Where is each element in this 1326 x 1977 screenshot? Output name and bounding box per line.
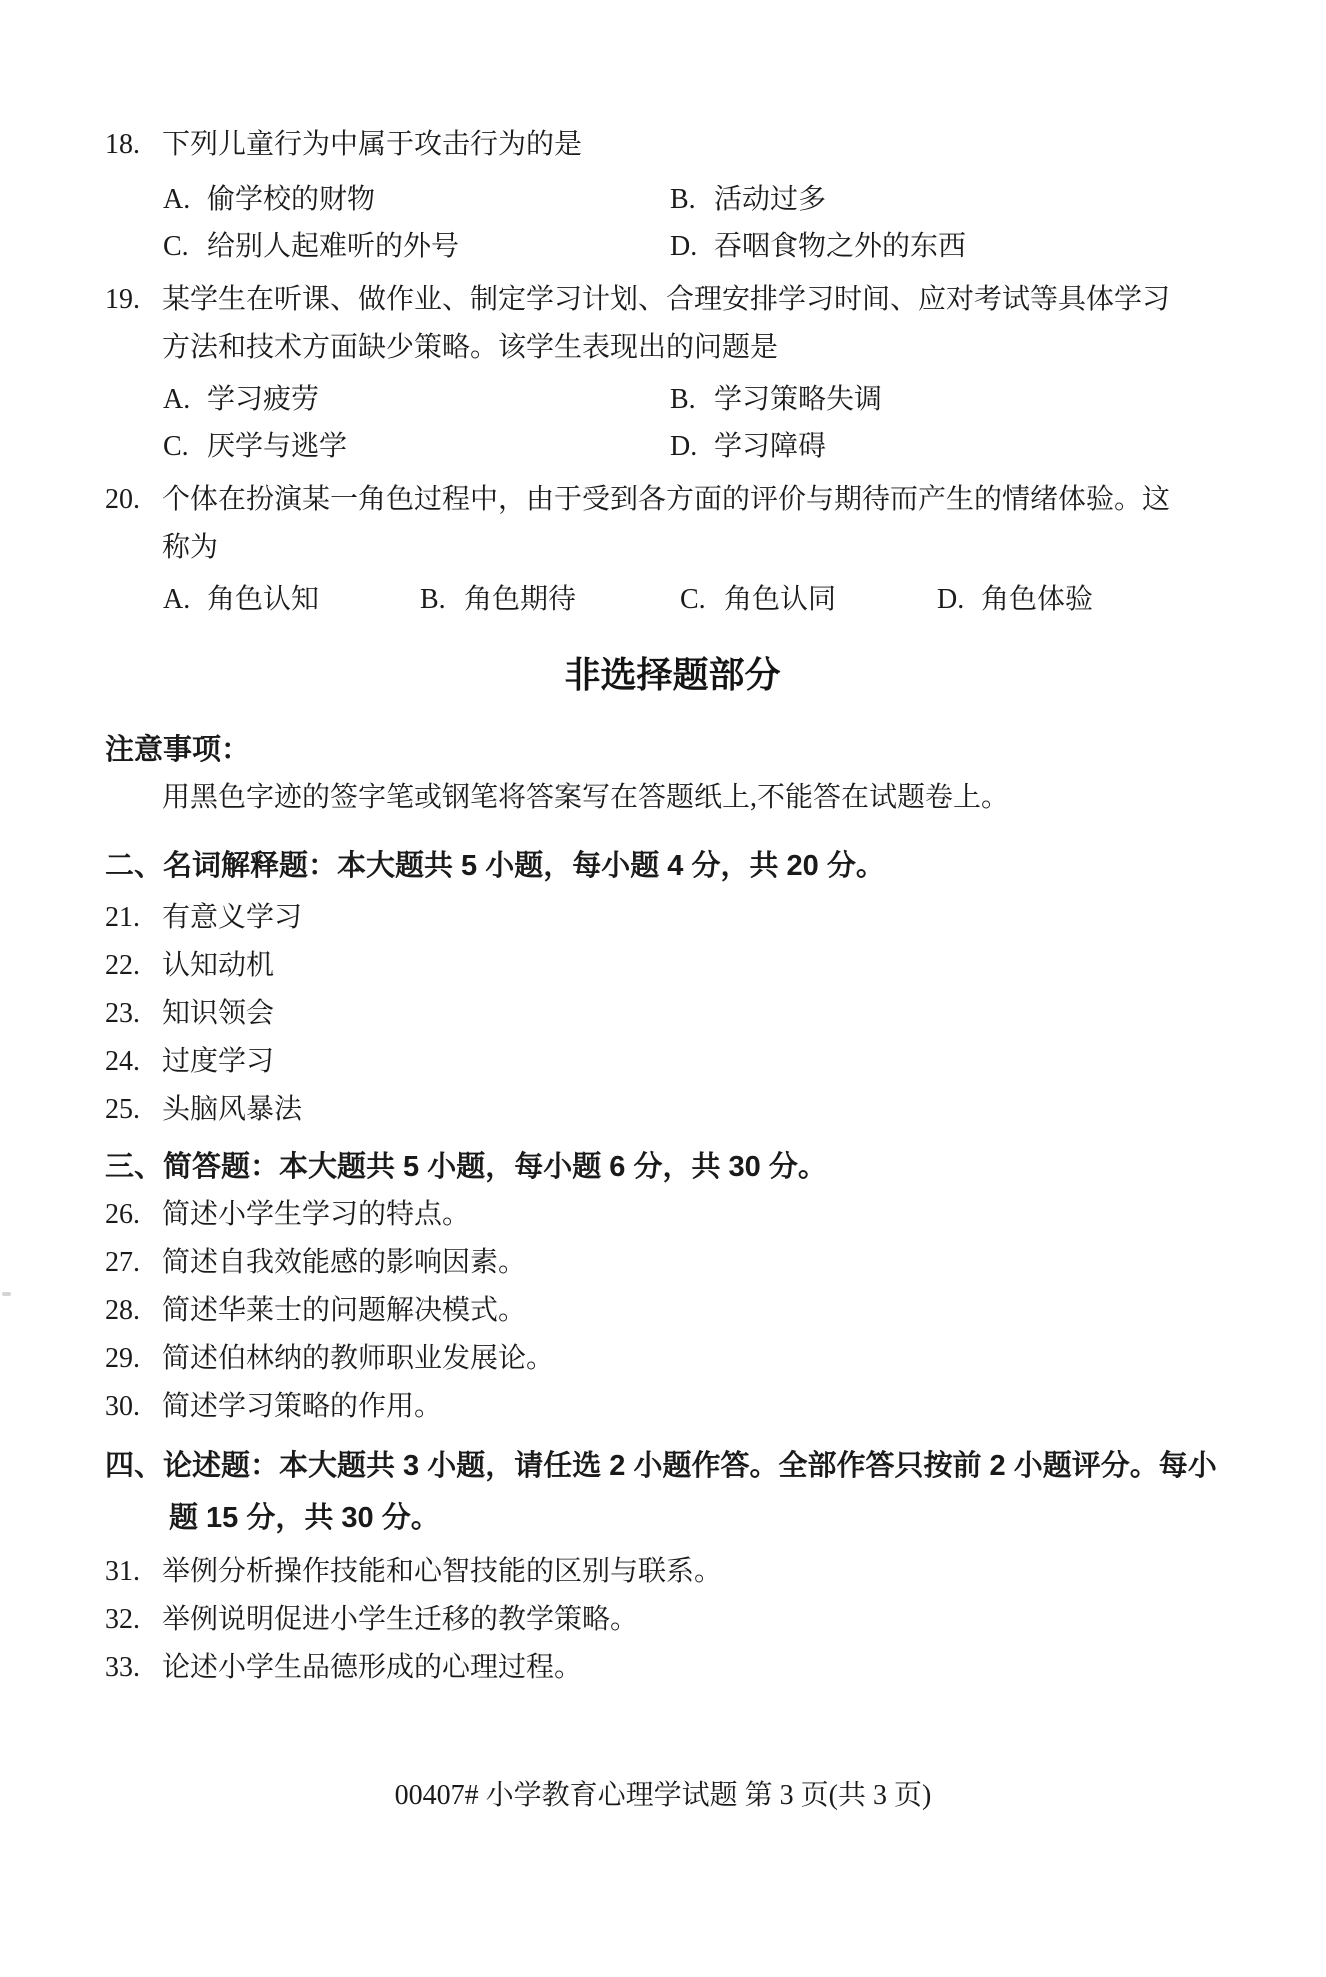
page-content: 18. 下列儿童行为中属于攻击行为的是 A. 偷学校的财物 B. 活动过多 (105, 0, 1240, 1692)
item-number: 29. (105, 1335, 162, 1383)
option-text: 吞咽食物之外的东西 (714, 223, 966, 270)
option-c: C. 角色认同 (680, 576, 937, 624)
option-letter: D. (670, 423, 714, 470)
option-b: B. 学习策略失调 (670, 376, 1240, 423)
option-letter: A. (163, 576, 207, 624)
item-28: 28. 简述华莱士的问题解决模式。 (105, 1287, 1240, 1335)
item-number: 25. (105, 1086, 162, 1134)
option-letter: C. (680, 576, 724, 624)
option-letter: A. (163, 376, 207, 423)
item-22: 22. 认知动机 (105, 942, 1240, 990)
question-stem: 个体在扮演某一角色过程中，由于受到各方面的评价与期待而产生的情绪体验。这称为 (162, 476, 1192, 572)
option-a: A. 学习疲劳 (163, 376, 670, 423)
option-text: 厌学与逃学 (207, 423, 347, 470)
option-text: 学习策略失调 (714, 376, 882, 423)
item-text: 简述小学生学习的特点。 (162, 1191, 1240, 1239)
question-number: 19. (105, 276, 162, 372)
item-26: 26. 简述小学生学习的特点。 (105, 1191, 1240, 1239)
section-2-heading: 二、名词解释题：本大题共 5 小题，每小题 4 分，共 20 分。 (105, 842, 1240, 890)
option-letter: A. (163, 176, 207, 223)
question-number: 18. (105, 121, 162, 169)
option-a: A. 偷学校的财物 (163, 176, 670, 223)
section-3-heading: 三、简答题：本大题共 5 小题，每小题 6 分，共 30 分。 (105, 1143, 1240, 1191)
option-b: B. 活动过多 (670, 176, 1240, 223)
item-text: 举例说明促进小学生迁移的教学策略。 (162, 1596, 1240, 1644)
options-grid: A. 学习疲劳 B. 学习策略失调 C. 厌学与逃学 D. 学习 (163, 376, 1240, 470)
question-20: 20. 个体在扮演某一角色过程中，由于受到各方面的评价与期待而产生的情绪体验。这… (105, 476, 1240, 624)
item-number: 33. (105, 1644, 162, 1692)
options-row: C. 厌学与逃学 D. 学习障碍 (163, 423, 1240, 470)
option-d: D. 吞咽食物之外的东西 (670, 223, 1240, 270)
option-letter: D. (670, 223, 714, 270)
option-d: D. 学习障碍 (670, 423, 1240, 470)
item-text: 论述小学生品德形成的心理过程。 (162, 1644, 1240, 1692)
item-23: 23. 知识领会 (105, 990, 1240, 1038)
option-text: 偷学校的财物 (207, 176, 375, 223)
item-27: 27. 简述自我效能感的影响因素。 (105, 1239, 1240, 1287)
option-text: 给别人起难听的外号 (207, 223, 459, 270)
question-stem: 下列儿童行为中属于攻击行为的是 (162, 121, 582, 169)
options-row: A. 学习疲劳 B. 学习策略失调 (163, 376, 1240, 423)
question-number: 20. (105, 476, 162, 572)
item-text: 知识领会 (162, 990, 1240, 1038)
item-text: 有意义学习 (162, 894, 1240, 942)
option-c: C. 厌学与逃学 (163, 423, 670, 470)
option-letter: D. (937, 576, 981, 624)
option-letter: C. (163, 423, 207, 470)
option-d: D. 角色体验 (937, 576, 1240, 624)
item-text: 简述伯林纳的教师职业发展论。 (162, 1335, 1240, 1383)
item-text: 简述学习策略的作用。 (162, 1383, 1240, 1431)
item-number: 24. (105, 1038, 162, 1086)
question-19: 19. 某学生在听课、做作业、制定学习计划、合理安排学习时间、应对考试等具体学习… (105, 276, 1240, 470)
item-text: 头脑风暴法 (162, 1086, 1240, 1134)
item-24: 24. 过度学习 (105, 1038, 1240, 1086)
option-a: A. 角色认知 (163, 576, 420, 624)
item-number: 28. (105, 1287, 162, 1335)
options-grid: A. 偷学校的财物 B. 活动过多 C. 给别人起难听的外号 D. (163, 176, 1240, 270)
option-text: 角色认同 (724, 576, 836, 624)
option-text: 角色体验 (981, 576, 1093, 624)
item-number: 23. (105, 990, 162, 1038)
exam-paper-page: 18. 下列儿童行为中属于攻击行为的是 A. 偷学校的财物 B. 活动过多 (0, 0, 1326, 1977)
option-text: 角色认知 (207, 576, 319, 624)
item-number: 21. (105, 894, 162, 942)
item-text: 举例分析操作技能和心智技能的区别与联系。 (162, 1548, 1240, 1596)
item-31: 31. 举例分析操作技能和心智技能的区别与联系。 (105, 1548, 1240, 1596)
option-letter: B. (420, 576, 464, 624)
item-number: 30. (105, 1383, 162, 1431)
item-number: 31. (105, 1548, 162, 1596)
section-4-heading: 四、论述题：本大题共 3 小题，请任选 2 小题作答。全部作答只按前 2 小题评… (105, 1440, 1240, 1544)
option-text: 学习疲劳 (207, 376, 319, 423)
option-letter: B. (670, 176, 714, 223)
item-30: 30. 简述学习策略的作用。 (105, 1383, 1240, 1431)
question-stem: 某学生在听课、做作业、制定学习计划、合理安排学习时间、应对考试等具体学习方法和技… (162, 276, 1192, 372)
item-number: 22. (105, 942, 162, 990)
page-footer: 00407# 小学教育心理学试题 第 3 页(共 3 页) (0, 1772, 1326, 1820)
item-text: 认知动机 (162, 942, 1240, 990)
option-letter: B. (670, 376, 714, 423)
item-29: 29. 简述伯林纳的教师职业发展论。 (105, 1335, 1240, 1383)
item-33: 33. 论述小学生品德形成的心理过程。 (105, 1644, 1240, 1692)
item-text: 简述自我效能感的影响因素。 (162, 1239, 1240, 1287)
item-number: 26. (105, 1191, 162, 1239)
item-25: 25. 头脑风暴法 (105, 1086, 1240, 1134)
scan-speck (2, 1292, 11, 1296)
options-row: A. 偷学校的财物 B. 活动过多 (163, 176, 1240, 223)
option-letter: C. (163, 223, 207, 270)
notice-label: 注意事项： (105, 726, 1240, 774)
section-part-title: 非选择题部分 (105, 651, 1240, 699)
option-c: C. 给别人起难听的外号 (163, 223, 670, 270)
item-32: 32. 举例说明促进小学生迁移的教学策略。 (105, 1596, 1240, 1644)
options-row: C. 给别人起难听的外号 D. 吞咽食物之外的东西 (163, 223, 1240, 270)
item-number: 27. (105, 1239, 162, 1287)
option-text: 角色期待 (464, 576, 576, 624)
option-b: B. 角色期待 (420, 576, 680, 624)
options-row: A. 角色认知 B. 角色期待 C. 角色认同 D. 角色体验 (163, 576, 1240, 624)
notice-text: 用黑色字迹的签字笔或钢笔将答案写在答题纸上,不能答在试题卷上。 (105, 774, 1240, 822)
item-21: 21. 有意义学习 (105, 894, 1240, 942)
question-18: 18. 下列儿童行为中属于攻击行为的是 A. 偷学校的财物 B. 活动过多 (105, 121, 1240, 270)
option-text: 活动过多 (714, 176, 826, 223)
item-text: 过度学习 (162, 1038, 1240, 1086)
item-text: 简述华莱士的问题解决模式。 (162, 1287, 1240, 1335)
item-number: 32. (105, 1596, 162, 1644)
option-text: 学习障碍 (714, 423, 826, 470)
